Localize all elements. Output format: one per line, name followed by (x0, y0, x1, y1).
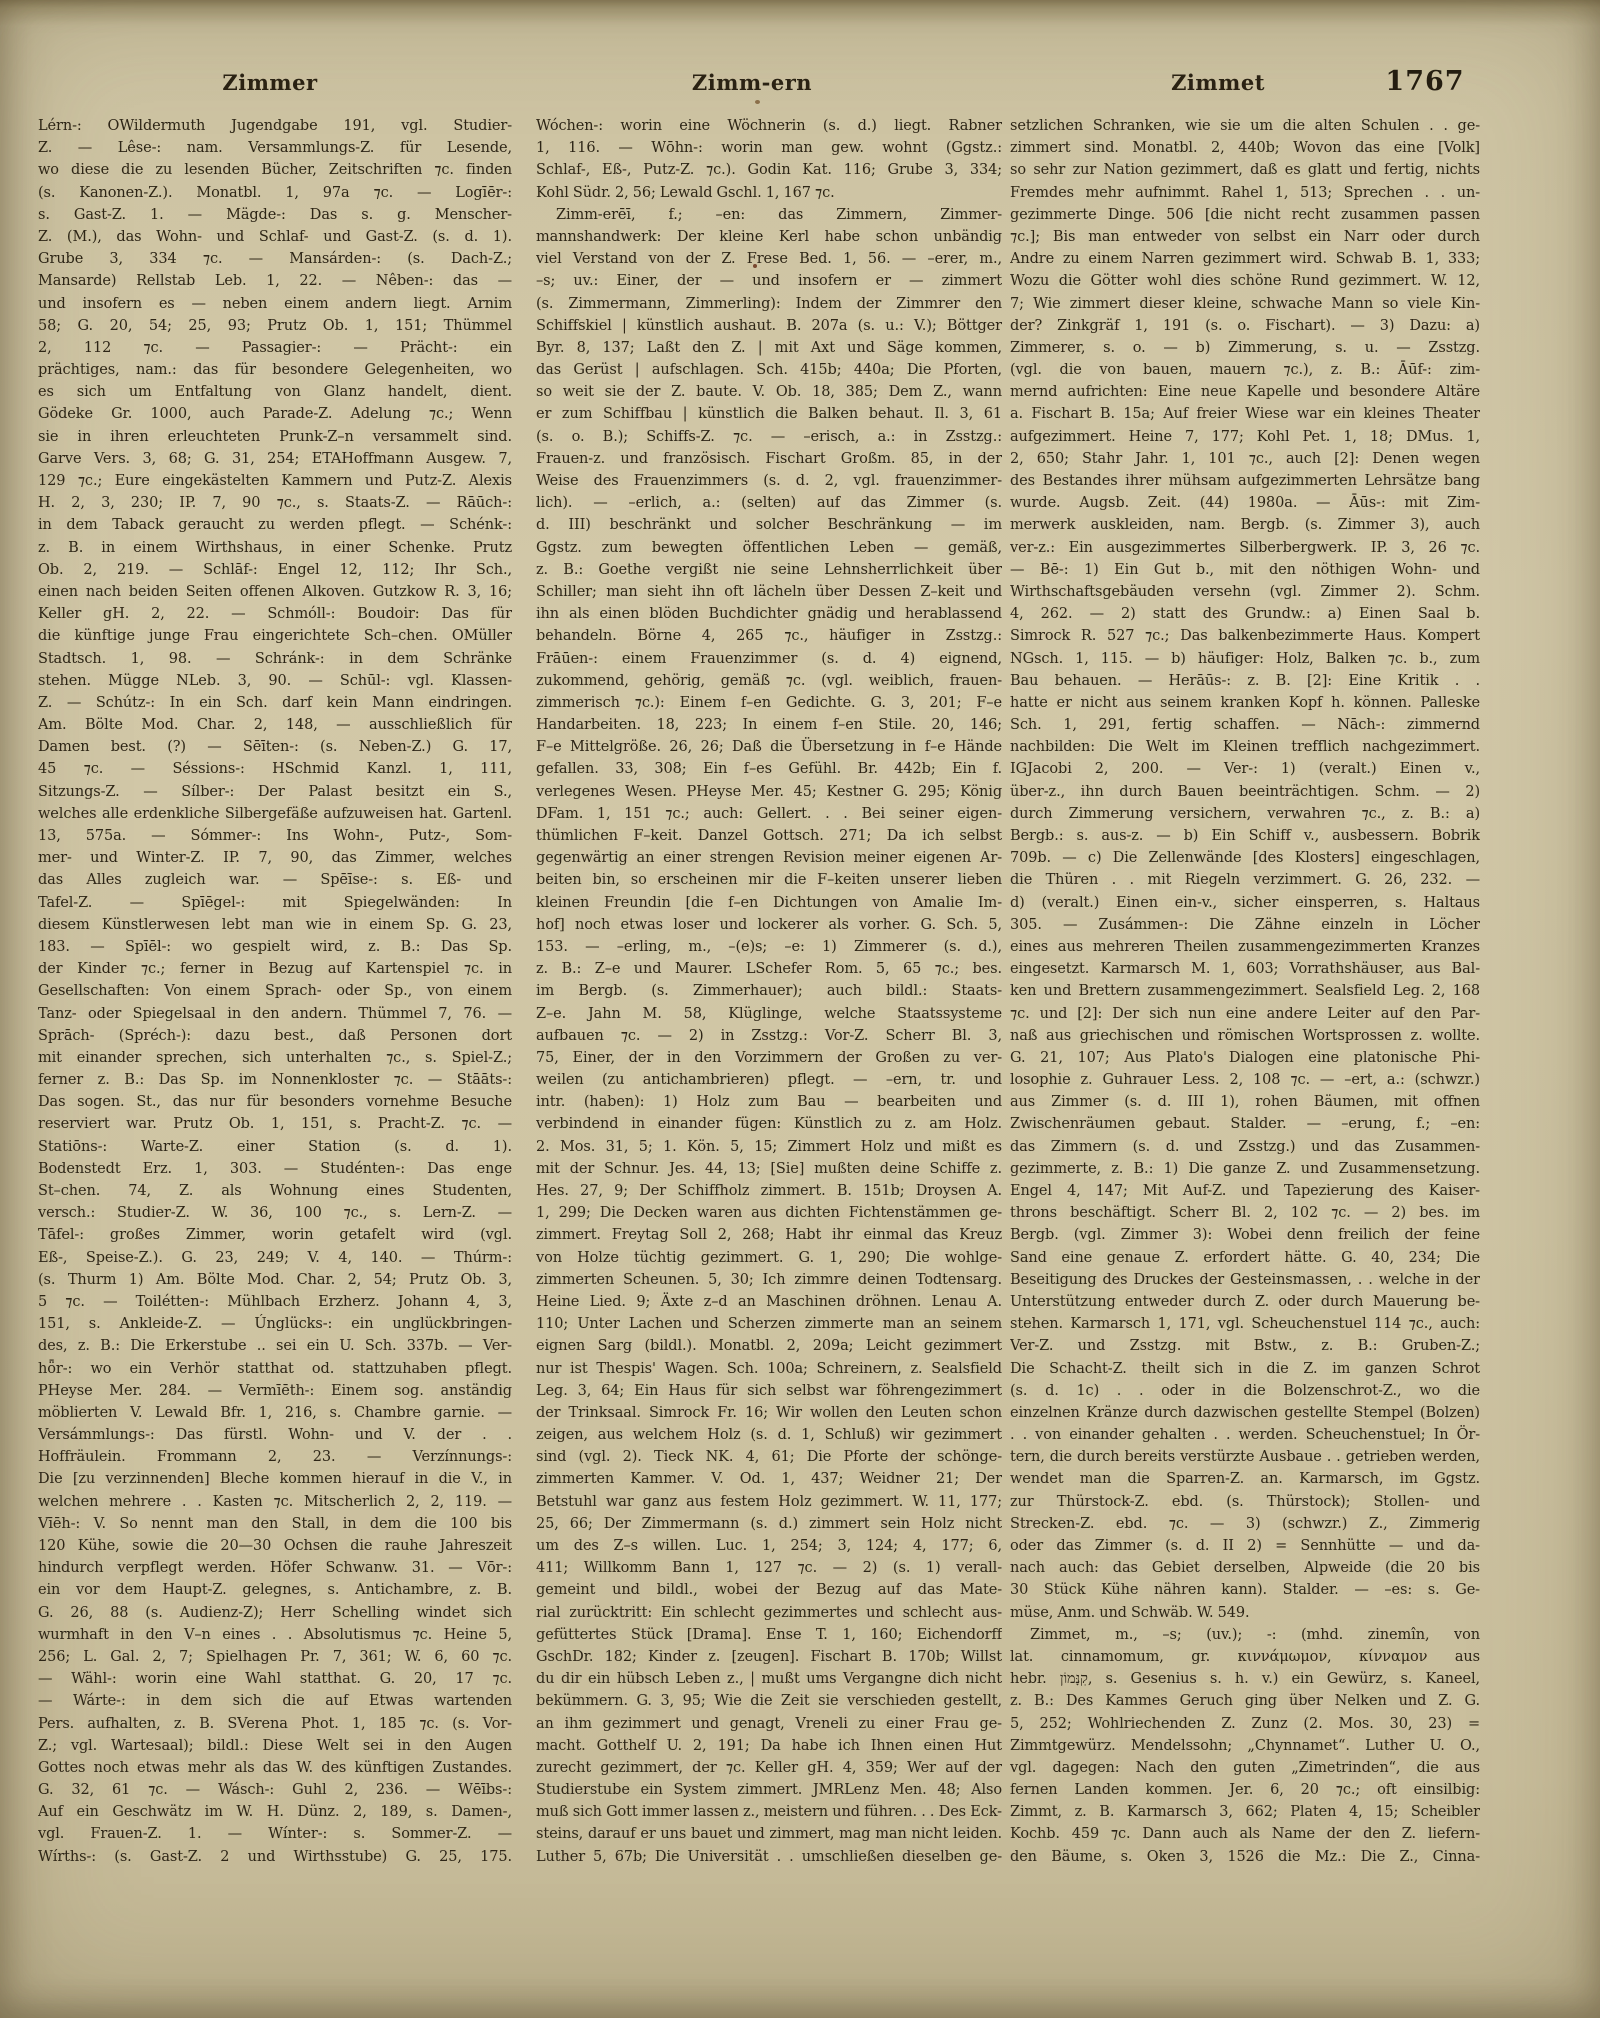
text-line: ⁊c.]; Bis man entweder von selbst ein Na… (1010, 226, 1480, 248)
text-line: hatte er nicht aus seinem kranken Kopf h… (1010, 692, 1480, 714)
text-line: (vgl. die von bauen, mauern ⁊c.), z. B.:… (1010, 359, 1480, 381)
text-line: Zimmet, m., –s; (uv.); -: (mhd. zinemîn,… (1010, 1624, 1480, 1646)
text-line: Strecken-Z. ebd. ⁊c. — 3) (schwzr.) Z., … (1010, 1513, 1480, 1535)
text-line: Pers. aufhalten, z. B. SVerena Phot. 1, … (38, 1713, 512, 1735)
text-line: . . von einander gehalten . . werden. Sc… (1010, 1424, 1480, 1446)
text-line: Z–e. Jahn M. 58, Klüglinge, welche Staat… (536, 1003, 1002, 1025)
text-line: Zimmerer, s. o. — b) Zimmerung, s. u. — … (1010, 337, 1480, 359)
text-line: z. B.: Goethe vergißt nie seine Lehnsher… (536, 559, 1002, 581)
text-line: der? Zinkgräf 1, 191 (s. o. Fischart). —… (1010, 315, 1480, 337)
text-line: Schiffskiel | künstlich aushaut. B. 207a… (536, 315, 1002, 337)
text-line: 5, 252; Wohlriechenden Z. Zunz (2. Mos. … (1010, 1713, 1480, 1735)
text-line: die künftige junge Frau eingerichtete Sc… (38, 625, 512, 647)
text-line: viel Verstand von der Z. Frese Bed. 1, 5… (536, 248, 1002, 270)
text-line: Zimmt, z. B. Karmarsch 3, 662; Platen 4,… (1010, 1801, 1480, 1823)
text-line: 2, 650; Stahr Jahr. 1, 101 ⁊c., auch [2]… (1010, 448, 1480, 470)
text-line: verbindend in einander fügen: Künstlich … (536, 1113, 1002, 1135)
text-line: weilen (zu antichambrieren) pflegt. — –e… (536, 1069, 1002, 1091)
text-line: GschDr. 182; Kinder z. [zeugen]. Fischar… (536, 1646, 1002, 1668)
text-line: 7; Wie zimmert dieser kleine, schwache M… (1010, 293, 1480, 315)
text-line: — Wárte-: in dem sich die auf Etwas wart… (38, 1690, 512, 1712)
text-column-1: Lérn-: OWildermuth Jugendgabe 191, vgl. … (38, 115, 512, 1868)
text-line: Tanz- oder Spiegelsaal in den andern. Th… (38, 1003, 512, 1025)
text-line: Z. (M.), das Wohn- und Schlaf- und Gast-… (38, 226, 512, 248)
text-line: (s. d. 1c) . . oder in die Bolzenschrot-… (1010, 1380, 1480, 1402)
text-line: G. 21, 107; Aus Plato's Dialogen eine pl… (1010, 1047, 1480, 1069)
text-line: IGJacobi 2, 200. — Ver-: 1) (veralt.) Ei… (1010, 758, 1480, 780)
text-line: ferner z. B.: Das Sp. im Nonnenkloster ⁊… (38, 1069, 512, 1091)
text-line: z. B. in einem Wirthshaus, in einer Sche… (38, 537, 512, 559)
text-line: möblierten V. Lewald Bfr. 1, 216, s. Cha… (38, 1402, 512, 1424)
text-line: 2, 112 ⁊c. — Passagier-: — Prächt-: ein (38, 337, 512, 359)
text-line: 58; G. 20, 54; 25, 93; Prutz Ob. 1, 151;… (38, 315, 512, 337)
text-line: und insofern es — neben einem andern lie… (38, 293, 512, 315)
text-line: das Zimmern (s. d. und Zsstzg.) und das … (1010, 1136, 1480, 1158)
text-line: –s; uv.: Einer, der — und insofern er — … (536, 270, 1002, 292)
text-line: die Thüren . . mit Riegeln verzimmert. G… (1010, 869, 1480, 891)
text-line: Vīēh-: V. So nennt man den Stall, in dem… (38, 1513, 512, 1535)
text-line: Am. Bölte Mod. Char. 2, 148, — ausschlie… (38, 714, 512, 736)
text-line: Engel 4, 147; Mit Auf-Z. und Tapezierung… (1010, 1180, 1480, 1202)
text-line: hebr. קִנָּמוֹן, s. Gesenius s. h. v.) e… (1010, 1668, 1480, 1690)
text-line: der Kinder ⁊c.; ferner in Bezug auf Kart… (38, 958, 512, 980)
text-line: 411; Willkomm Bann 1, 127 ⁊c. — 2) (s. 1… (536, 1557, 1002, 1579)
text-line: Auf ein Geschwätz im W. H. Dünz. 2, 189,… (38, 1801, 512, 1823)
text-line: reserviert war. Prutz Ob. 1, 151, s. Pra… (38, 1113, 512, 1135)
running-head-center: Zimm-ern (692, 70, 812, 95)
text-line: Garve Vers. 3, 68; G. 31, 254; ETAHoffma… (38, 448, 512, 470)
text-line: Gottes noch etwas mehr als das W. des kü… (38, 1757, 512, 1779)
text-line: tern, die durch bereits verstürzte Ausba… (1010, 1446, 1480, 1468)
text-line: Luther 5, 67b; Die Universität . . umsch… (536, 1846, 1002, 1868)
text-line: Schlaf-, Eß-, Putz-Z. ⁊c.). Godin Kat. 1… (536, 159, 1002, 181)
text-line: welchen mehrere . . Kasten ⁊c. Mitscherl… (38, 1491, 512, 1513)
text-line: ⁊c. und [2]: Der sich nun eine andere Le… (1010, 1003, 1480, 1025)
text-line: 153. — –erling, m., –(e)s; –e: 1) Zimmer… (536, 936, 1002, 958)
text-line: von Holze tüchtig gezimmert. G. 1, 290; … (536, 1247, 1002, 1269)
text-line: sind (vgl. 2). Tieck NK. 4, 61; Die Pfor… (536, 1446, 1002, 1468)
text-line: Betstuhl war ganz aus festem Holz gezimm… (536, 1491, 1002, 1513)
text-line: d. III) beschränkt und solcher Beschränk… (536, 514, 1002, 536)
text-line: wurmhaft in den V–n eines . . Absolutism… (38, 1624, 512, 1646)
text-line: merwerk auskleiden, nam. Bergb. (s. Zimm… (1010, 514, 1480, 536)
text-line: Byr. 8, 137; Laßt den Z. | mit Axt und S… (536, 337, 1002, 359)
text-line: um des Z–s willen. Luc. 1, 254; 3, 124; … (536, 1535, 1002, 1557)
text-line: 305. — Zusámmen-: Die Zähne einzeln in L… (1010, 914, 1480, 936)
text-line: Zimmtgewürz. Mendelssohn; „Chynnamet“. L… (1010, 1735, 1480, 1757)
text-line: wo diese die zu lesenden Bücher, Zeitsch… (38, 159, 512, 181)
text-line: PHeyse Mer. 284. — Vermīēth-: Einem sog.… (38, 1380, 512, 1402)
text-line: a. Fischart B. 15a; Auf freier Wiese war… (1010, 403, 1480, 425)
text-line: Tafel-Z. — Spīēgel-: mit Spiegelwänden: … (38, 892, 512, 914)
text-line: setzlichen Schranken, wie sie um die alt… (1010, 115, 1480, 137)
text-line: müse, Anm. und Schwäb. W. 549. (1010, 1602, 1480, 1624)
text-line: Lérn-: OWildermuth Jugendgabe 191, vgl. … (38, 115, 512, 137)
text-line: (s. Thurm 1) Am. Bölte Mod. Char. 2, 54;… (38, 1269, 512, 1291)
text-line: Tāfel-: großes Zimmer, worin getafelt wi… (38, 1224, 512, 1246)
text-line: naß aus griechischen und römischen Worts… (1010, 1025, 1480, 1047)
text-line: Bergb. (vgl. Zimmer 3): Wobei denn freil… (1010, 1224, 1480, 1246)
text-line: z. B.: Z–e und Maurer. LSchefer Rom. 5, … (536, 958, 1002, 980)
text-line: muß sich Gott immer lassen z., meistern … (536, 1801, 1002, 1823)
text-line: du dir ein hübsch Leben z., | mußt ums V… (536, 1668, 1002, 1690)
text-line: gezimmerte, z. B.: 1) Die ganze Z. und Z… (1010, 1158, 1480, 1180)
text-line: macht. Gotthelf U. 2, 191; Da habe ich I… (536, 1735, 1002, 1757)
text-line: Damen best. (?) — Sēīten-: (s. Neben-Z.)… (38, 736, 512, 758)
text-line: Hoffräulein. Frommann 2, 23. — Verzínnun… (38, 1446, 512, 1468)
text-line: vgl. Frauen-Z. 1. — Wínter-: s. Sommer-Z… (38, 1823, 512, 1845)
text-line: rial zurücktritt: Ein schlecht gezimmert… (536, 1602, 1002, 1624)
text-line: ihn als einen blöden Buchdichter gnädig … (536, 603, 1002, 625)
text-line: zukommend, gehörig, gemäß ⁊c. (vgl. weib… (536, 670, 1002, 692)
text-line: Frāūen-: einem Frauenzimmer (s. d. 4) ei… (536, 648, 1002, 670)
text-line: Schiller; man sieht ihn oft lächeln über… (536, 581, 1002, 603)
text-line: er zum Schiffbau | künstlich die Balken … (536, 403, 1002, 425)
text-line: 1, 299; Die Decken waren aus dichten Fic… (536, 1202, 1002, 1224)
text-line: Studierstube ein System zimmert. JMRLenz… (536, 1779, 1002, 1801)
text-line: das Alles zugleich war. — Spēīse-: s. Eß… (38, 869, 512, 891)
text-line: eines aus mehreren Theilen zusammengezim… (1010, 936, 1480, 958)
text-line: Heine Lied. 9; Äxte z–d an Maschinen drö… (536, 1291, 1002, 1313)
text-line: Grube 3, 334 ⁊c. — Mansárden-: (s. Dach-… (38, 248, 512, 270)
text-line: Bergb.: s. aus-z. — b) Ein Schiff v., au… (1010, 825, 1480, 847)
text-line: zimmerten Kammer. V. Od. 1, 437; Weidner… (536, 1468, 1002, 1490)
text-line: 129 ⁊c.; Eure eingekästelten Kammern und… (38, 470, 512, 492)
text-line: nach auch: das Gebiet derselben, Alpweid… (1010, 1557, 1480, 1579)
text-line: ken und Brettern zusammengezimmert. Seal… (1010, 980, 1480, 1002)
text-line: — Wähl-: worin eine Wahl statthat. G. 20… (38, 1668, 512, 1690)
text-column-3: setzlichen Schranken, wie sie um die alt… (1010, 115, 1480, 1868)
text-line: Wirthschaftsgebäuden versehn (vgl. Zimme… (1010, 581, 1480, 603)
text-line: einen nach beiden Seiten offenen Alkoven… (38, 581, 512, 603)
text-line: Das sogen. St., das nur für besonders vo… (38, 1091, 512, 1113)
running-head-right: Zimmet (1171, 70, 1265, 95)
text-line: mit der Schnur. Jes. 44, 13; [Sie] mußte… (536, 1158, 1002, 1180)
text-line: beiten bin, so erscheinen mir die F–keit… (536, 869, 1002, 891)
text-line: Weise des Frauenzimmers (s. d. 2, vgl. f… (536, 470, 1002, 492)
text-line: Z. — Lêse-: nam. Versammlungs-Z. für Les… (38, 137, 512, 159)
page-number: 1767 (1385, 66, 1464, 97)
text-line: intr. (haben): 1) Holz zum Bau — bearbei… (536, 1091, 1002, 1113)
text-line: z. B.: Des Kammes Geruch ging über Nelke… (1010, 1690, 1480, 1712)
text-line: hof] noch etwas loser und lockerer als v… (536, 914, 1002, 936)
text-line: an ihm gezimmert und genagt, Vreneli zu … (536, 1713, 1002, 1735)
text-line: 1, 116. — Wōhn-: worin man gew. wohnt (G… (536, 137, 1002, 159)
text-line: Ggstz. zum bewegten öffentlichen Leben —… (536, 537, 1002, 559)
text-line: Andre zu einem Narren gezimmert wird. Sc… (1010, 248, 1480, 270)
text-line: Eß-, Speise-Z.). G. 23, 249; V. 4, 140. … (38, 1247, 512, 1269)
text-line: St–chen. 74, Z. als Wohnung eines Studen… (38, 1180, 512, 1202)
text-line: Fremdes mehr aufnimmt. Rahel 1, 513; Spr… (1010, 182, 1480, 204)
text-line: Keller gH. 2, 22. — Schmóll-: Boudoir: D… (38, 603, 512, 625)
text-line: wurde. Augsb. Zeit. (44) 1980a. — Āūs-: … (1010, 492, 1480, 514)
text-line: so weit sie der Z. baute. V. Ob. 18, 385… (536, 381, 1002, 403)
text-line: Zwischenräumen gebaut. Stalder. — –erung… (1010, 1113, 1480, 1135)
text-line: Die Schacht-Z. theilt sich in die Z. im … (1010, 1358, 1480, 1380)
text-line: Wóchen-: worin eine Wöchnerin (s. d.) li… (536, 115, 1002, 137)
text-line: Hes. 27, 9; Der Schiffholz zimmert. B. 1… (536, 1180, 1002, 1202)
text-line: versch.: Studier-Z. W. 36, 100 ⁊c., s. L… (38, 1202, 512, 1224)
text-line: eignen Sarg (bildl.). Monatbl. 2, 209a; … (536, 1335, 1002, 1357)
text-line: losophie z. Guhrauer Less. 2, 108 ⁊c. — … (1010, 1069, 1480, 1091)
text-line: des Bestandes ihrer mühsam aufgezimmerte… (1010, 470, 1480, 492)
text-line: Sitzungs-Z. — Sílber-: Der Palast besitz… (38, 781, 512, 803)
text-line: zeigen, aus welchem Holz (s. d. 1, Schlu… (536, 1424, 1002, 1446)
text-line: so sehr zur Nation gezimmert, daß es gla… (1010, 159, 1480, 181)
text-line: gegenwärtig an einer strengen Revision m… (536, 847, 1002, 869)
text-line: 183. — Spīēl-: wo gespielt wird, z. B.: … (38, 936, 512, 958)
text-line: des, z. B.: Die Erkerstube .. sei ein U.… (38, 1335, 512, 1357)
text-line: Die [zu verzinnenden] Bleche kommen hier… (38, 1468, 512, 1490)
text-line: gefallen. 33, 308; Ein f–es Gefühl. Br. … (536, 758, 1002, 780)
text-line: Gödeke Gr. 1000, auch Parade-Z. Adelung … (38, 403, 512, 425)
text-line: einzelnen Kränze durch dazwischen gestel… (1010, 1402, 1480, 1424)
text-line: zimmert sind. Monatbl. 2, 440b; Wovon da… (1010, 137, 1480, 159)
text-line: ein vor dem Haupt-Z. gelegnes, s. Antich… (38, 1579, 512, 1601)
text-line: 25, 66; Der Zimmermann (s. d.) zimmert s… (536, 1513, 1002, 1535)
text-line: durch Zimmerung versichern, verwahren ⁊c… (1010, 803, 1480, 825)
text-line: Mansarde) Rellstab Leb. 1, 22. — Nêben-:… (38, 270, 512, 292)
text-line: 30 Stück Kühe nähren kann). Stalder. — –… (1010, 1579, 1480, 1601)
text-line: G. 26, 88 (s. Audienz-Z); Herr Schelling… (38, 1602, 512, 1624)
text-line: gemeint und bildl., wobei der Bezug auf … (536, 1579, 1002, 1601)
text-line: 13, 575a. — Sómmer-: Ins Wohn-, Putz-, S… (38, 825, 512, 847)
text-line: zurecht gezimmert, der ⁊c. Keller gH. 4,… (536, 1757, 1002, 1779)
text-line: diesem Künstlerwesen lebt man wie in ein… (38, 914, 512, 936)
text-line: Statiōns-: Warte-Z. einer Station (s. d.… (38, 1136, 512, 1158)
text-line: 45 ⁊c. — Séssions-: HSchmid Kanzl. 1, 11… (38, 758, 512, 780)
text-line: H. 2, 3, 230; IP. 7, 90 ⁊c., s. Staats-Z… (38, 492, 512, 514)
text-line: (s. Kanonen-Z.). Monatbl. 1, 97a ⁊c. — L… (38, 182, 512, 204)
text-line: aufbauen ⁊c. — 2) in Zsstzg.: Vor-Z. Sch… (536, 1025, 1002, 1047)
dictionary-page-scan: Zimmer Zimm-ern Zimmet 1767 Lérn-: OWild… (0, 0, 1600, 2018)
text-line: Bodenstedt Erz. 1, 303. — Studénten-: Da… (38, 1158, 512, 1180)
text-line: Handarbeiten. 18, 223; In einem f–en Sti… (536, 714, 1002, 736)
text-line: 256; L. Gal. 2, 7; Spielhagen Pr. 7, 361… (38, 1646, 512, 1668)
text-line: Simrock R. 527 ⁊c.; Das balkenbezimmerte… (1010, 625, 1480, 647)
text-line: aus Zimmer (s. d. III 1), rohen Bäumen, … (1010, 1091, 1480, 1113)
text-line: in dem Taback geraucht zu werden pflegt.… (38, 514, 512, 536)
text-line: 151, s. Ankleide-Z. — Únglücks-: ein ung… (38, 1313, 512, 1335)
text-line: mannshandwerk: Der kleine Kerl habe scho… (536, 226, 1002, 248)
text-line: thümlichen F–keit. Danzel Gottsch. 271; … (536, 825, 1002, 847)
text-line: eingesetzt. Karmarsch M. 1, 603; Vorrath… (1010, 958, 1480, 980)
text-line: prächtiges, nam.: das für besondere Gele… (38, 359, 512, 381)
text-line: zimmerten Scheunen. 5, 30; Ich zimmre de… (536, 1269, 1002, 1291)
text-line: (s. Zimmermann, Zimmerling): Indem der Z… (536, 293, 1002, 315)
text-line: Frauen-z. und französisch. Fischart Groß… (536, 448, 1002, 470)
text-line: Beseitigung des Druckes der Gesteinsmass… (1010, 1269, 1480, 1291)
text-line: sie in ihren erleuchteten Prunk-Z–n vers… (38, 426, 512, 448)
text-line: stehen. Mügge NLeb. 3, 90. — Schūl-: vgl… (38, 670, 512, 692)
text-line: fernen Landen kommen. Jer. 6, 20 ⁊c.; of… (1010, 1779, 1480, 1801)
text-line: kleinen Freundin [die f–en Dichtungen vo… (536, 892, 1002, 914)
text-line: mernd aufrichten: Eine neue Kapelle und … (1010, 381, 1480, 403)
text-line: Versámmlungs-: Das fürstl. Wohn- und V. … (38, 1424, 512, 1446)
text-line: 110; Unter Lachen und Scherzen zimmerte … (536, 1313, 1002, 1335)
text-line: verlegenes Wesen. PHeyse Mer. 45; Kestne… (536, 781, 1002, 803)
text-line: lich). — –erlich, a.: (selten) auf das Z… (536, 492, 1002, 514)
text-line: Kochb. 459 ⁊c. Dann auch als Name der de… (1010, 1823, 1480, 1845)
text-line: NGsch. 1, 115. — b) häufiger: Holz, Balk… (1010, 648, 1480, 670)
text-line: Sand eine genaue Z. erfordert hätte. G. … (1010, 1247, 1480, 1269)
text-line: Gesellschaften: Von einem Sprach- oder S… (38, 980, 512, 1002)
paper-speck (755, 100, 760, 104)
text-line: Stadtsch. 1, 98. — Schránk-: in dem Schr… (38, 648, 512, 670)
text-line: stehen. Karmarsch 1, 171, vgl. Scheuchen… (1010, 1313, 1480, 1335)
text-line: 4, 262. — 2) statt des Grundw.: a) Einen… (1010, 603, 1480, 625)
text-line: s. Gast-Z. 1. — Mägde-: Das s. g. Mensch… (38, 204, 512, 226)
text-line: Bau behauen. — Herāūs-: z. B. [2]: Eine … (1010, 670, 1480, 692)
text-line: der Trinksaal. Simrock Fr. 16; Wir wolle… (536, 1402, 1002, 1424)
text-line: es sich um Entfaltung von Glanz handelt,… (38, 381, 512, 403)
text-line: zur Thürstock-Z. ebd. (s. Thürstock); St… (1010, 1491, 1480, 1513)
text-line: Leg. 3, 64; Ein Haus für sich selbst war… (536, 1380, 1002, 1402)
text-line: 120 Kühe, sowie die 20—30 Ochsen die rau… (38, 1535, 512, 1557)
text-line: behandeln. Börne 4, 265 ⁊c., häufiger in… (536, 625, 1002, 647)
text-line: das Gerüst | aufschlagen. Sch. 415b; 440… (536, 359, 1002, 381)
text-line: Wírths-: (s. Gast-Z. 2 und Wirthsstube) … (38, 1846, 512, 1868)
text-line: wendet man die Sparren-Z. an. Karmarsch,… (1010, 1468, 1480, 1490)
text-line: Sprāch- (Spréch-): dazu best., daß Perso… (38, 1025, 512, 1047)
text-line: mit einander sprechen, sich unterhalten … (38, 1047, 512, 1069)
text-line: zimmerisch ⁊c.): Einem f–en Gedichte. G.… (536, 692, 1002, 714)
text-line: Zimm-erēī, f.; –en: das Zimmern, Zimmer- (536, 204, 1002, 226)
text-line: zimmert. Freytag Soll 2, 268; Habt ihr e… (536, 1224, 1002, 1246)
text-line: Unterstützung entweder durch Z. oder dur… (1010, 1291, 1480, 1313)
text-line: 75, Einer, der in den Vorzimmern der Gro… (536, 1047, 1002, 1069)
text-line: 2. Mos. 31, 5; 1. Kön. 5, 15; Zimmert Ho… (536, 1136, 1002, 1158)
text-line: DFam. 1, 151 ⁊c.; auch: Gellert. . . Bei… (536, 803, 1002, 825)
text-line: im Bergb. (s. Zimmerhauer); auch bildl.:… (536, 980, 1002, 1002)
text-line: gezimmerte Dinge. 506 [die nicht recht z… (1010, 204, 1480, 226)
text-line: welches alle erdenkliche Silbergefäße au… (38, 803, 512, 825)
text-line: Wozu die Götter wohl dies schöne Rund ge… (1010, 270, 1480, 292)
text-line: 5 ⁊c. — Toilétten-: Mühlbach Erzherz. Jo… (38, 1291, 512, 1313)
text-line: oder das Zimmer (s. d. II 2) = Sennhütte… (1010, 1535, 1480, 1557)
text-line: aufgezimmert. Heine 7, 177; Kohl Pet. 1,… (1010, 426, 1480, 448)
text-line: G. 32, 61 ⁊c. — Wásch-: Guhl 2, 236. — W… (38, 1779, 512, 1801)
text-line: (s. o. B.); Schiffs-Z. ⁊c. — –erisch, a.… (536, 426, 1002, 448)
text-line: 709b. — c) Die Zellenwände [des Klosters… (1010, 847, 1480, 869)
text-line: hȫr-: wo ein Verhör statthat od. stattzu… (38, 1358, 512, 1380)
text-column-2: Wóchen-: worin eine Wöchnerin (s. d.) li… (536, 115, 1002, 1868)
text-line: nachbilden: Die Welt im Kleinen trefflic… (1010, 736, 1480, 758)
text-line: über-z., ihn durch Bauen beeinträchtigen… (1010, 781, 1480, 803)
text-line: hindurch verpflegt werden. Höfer Schwanw… (38, 1557, 512, 1579)
text-line: den Bäume, s. Oken 3, 1526 die Mz.: Die … (1010, 1846, 1480, 1868)
text-line: steins, darauf er uns bauet und zimmert,… (536, 1823, 1002, 1845)
text-line: gefüttertes Stück [Drama]. Ense T. 1, 16… (536, 1624, 1002, 1646)
text-line: ver-z.: Ein ausgezimmertes Silberbergwer… (1010, 537, 1480, 559)
text-line: mer- und Winter-Z. IP. 7, 90, das Zimmer… (38, 847, 512, 869)
text-line: nur ist Thespis' Wagen. Sch. 100a; Schre… (536, 1358, 1002, 1380)
text-line: Kohl Südr. 2, 56; Lewald Gschl. 1, 167 ⁊… (536, 182, 1002, 204)
text-line: d) (veralt.) Einen ein-v., sicher einspe… (1010, 892, 1480, 914)
text-line: bekümmern. G. 3, 95; Wie die Zeit sie ve… (536, 1690, 1002, 1712)
text-line: Z. — Schútz-: In ein Sch. darf kein Mann… (38, 692, 512, 714)
text-line: Ver-Z. und Zsstzg. mit Bstw., z. B.: Gru… (1010, 1335, 1480, 1357)
running-head-left: Zimmer (222, 70, 317, 95)
text-line: lat. cinnamomum, gr. κιννάμωμον, κίνναμο… (1010, 1646, 1480, 1668)
text-line: vgl. dagegen: Nach den guten „Zimetrinde… (1010, 1757, 1480, 1779)
text-line: Sch. 1, 291, fertig schaffen. — Nāch-: z… (1010, 714, 1480, 736)
text-line: Z.; vgl. Wartesaal); bildl.: Diese Welt … (38, 1735, 512, 1757)
text-line: throns beschäftigt. Scherr Bl. 2, 102 ⁊c… (1010, 1202, 1480, 1224)
text-line: F–e Mittelgröße. 26, 26; Daß die Überset… (536, 736, 1002, 758)
text-line: Ob. 2, 219. — Schlāf-: Engel 12, 112; Ih… (38, 559, 512, 581)
text-line: — Bē-: 1) Ein Gut b., mit den nöthigen W… (1010, 559, 1480, 581)
